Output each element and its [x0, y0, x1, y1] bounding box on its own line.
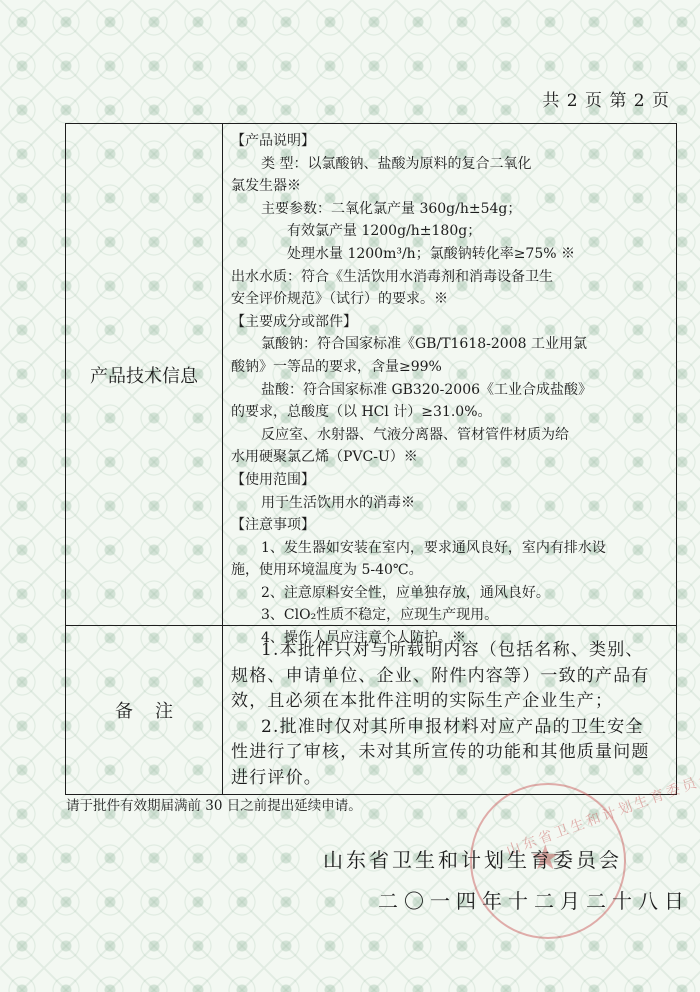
technical-info-line: 出水水质：符合《生活饮用水消毒剂和消毒设备卫生: [231, 266, 668, 289]
technical-info-label: 产品技术信息: [66, 124, 223, 625]
technical-info-line: 氯发生器※: [231, 175, 668, 198]
technical-info-line: 用于生活饮用水的消毒※: [231, 492, 668, 515]
technical-info-content: 【产品说明】类 型：以氯酸钠、盐酸为原料的复合二氧化氯发生器※主要参数：二氧化氯…: [223, 124, 676, 625]
remarks-line: 2.批准时仅对其所申报材料对应产品的卫生安全: [231, 715, 668, 741]
technical-info-line: 安全评价规范》（试行）的要求。※: [231, 288, 668, 311]
technical-info-line: 1、发生器如安装在室内，要求通风良好，室内有排水设: [231, 537, 668, 560]
remarks-row: 备注 1.本批件只对与所载明内容（包括名称、类别、规格、申请单位、企业、附件内容…: [66, 625, 676, 794]
remarks-line: 1.本批件只对与所载明内容（包括名称、类别、: [231, 638, 668, 664]
issuing-authority: 山东省卫生和计划生育委员会: [323, 844, 622, 873]
technical-info-line: 氯酸钠：符合国家标准《GB/T1618-2008 工业用氯: [231, 333, 668, 356]
technical-info-line: 有效氯产量 1200g/h±180g；: [231, 220, 668, 243]
technical-info-line: 施，使用环境温度为 5-40℃。: [231, 559, 668, 582]
page-counter: 共 2 页 第 2 页: [542, 86, 670, 111]
renewal-footnote: 请于批件有效期届满前 30 日之前提出延续申请。: [66, 794, 362, 814]
issue-date: 二〇一四年十二月二十八日: [378, 885, 690, 914]
technical-info-line: 【使用范围】: [231, 469, 668, 492]
remarks-line: 效，且必须在本批件注明的实际生产企业生产；: [231, 689, 668, 715]
remarks-label: 备注: [66, 626, 223, 794]
technical-info-line: 处理水量 1200m³/h；氯酸钠转化率≥75% ※: [231, 243, 668, 266]
technical-info-line: 的要求，总酸度（以 HCl 计）≥31.0%。: [231, 401, 668, 424]
technical-info-line: 酸钠》一等品的要求，含量≥99%: [231, 356, 668, 379]
technical-info-line: 主要参数：二氧化氯产量 360g/h±54g；: [231, 198, 668, 221]
technical-info-line: 2、注意原料安全性，应单独存放，通风良好。: [231, 582, 668, 605]
technical-info-line: 水用硬聚氯乙烯（PVC-U）※: [231, 446, 668, 469]
remarks-line: 性进行了审核，未对其所宣传的功能和其他质量问题: [231, 740, 668, 766]
remarks-line: 进行评价。: [231, 766, 668, 792]
remarks-content: 1.本批件只对与所载明内容（包括名称、类别、规格、申请单位、企业、附件内容等）一…: [223, 626, 676, 794]
remarks-line: 规格、申请单位、企业、附件内容等）一致的产品有: [231, 664, 668, 690]
technical-info-line: 3、ClO₂性质不稳定，应现生产现用。: [231, 604, 668, 627]
technical-info-row: 产品技术信息 【产品说明】类 型：以氯酸钠、盐酸为原料的复合二氧化氯发生器※主要…: [66, 124, 676, 625]
technical-info-line: 【产品说明】: [231, 130, 668, 153]
technical-info-line: 反应室、水射器、气液分离器、管材管件材质为给: [231, 424, 668, 447]
technical-info-line: 盐酸：符合国家标准 GB320-2006《工业合成盐酸》: [231, 379, 668, 402]
technical-info-line: 类 型：以氯酸钠、盐酸为原料的复合二氧化: [231, 153, 668, 176]
technical-info-line: 【主要成分或部件】: [231, 311, 668, 334]
approval-table: 产品技术信息 【产品说明】类 型：以氯酸钠、盐酸为原料的复合二氧化氯发生器※主要…: [65, 123, 677, 795]
technical-info-line: 【注意事项】: [231, 514, 668, 537]
